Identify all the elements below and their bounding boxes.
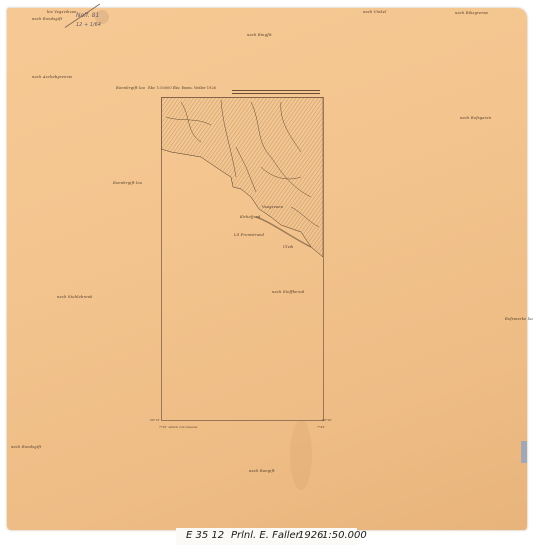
tape-piece — [521, 441, 527, 463]
margin-label: Ronnbrgift loo — [113, 181, 142, 185]
margin-label: nach Aschabgrenvie — [32, 75, 73, 79]
pencil-note: Nolf. 81 — [76, 12, 99, 19]
margin-label: nach Stoffberud — [272, 290, 304, 294]
place-label: Kirkefjord — [240, 215, 260, 219]
surveyor: Prlnl. E. Faller — [231, 530, 300, 541]
margin-label: nach Rondsgift — [32, 17, 62, 21]
margin-label: nach Rangift — [249, 469, 275, 473]
sheet-header: Ekv. 1:50000 Ekv. Exem. Vedler 1926 — [148, 86, 216, 90]
place-label: Ulvik — [283, 245, 294, 249]
margin-label: Ronnbrgift loo — [116, 86, 145, 90]
catalog-label-strip: E 35 12 Prlnl. E. Faller 1926 1:50.000 — [176, 528, 357, 545]
water-stain — [290, 420, 312, 490]
map-scale: 1:50.000 — [322, 530, 367, 541]
frame-caption: 7°45' — [317, 425, 325, 429]
place-label: Vaagsvann — [262, 205, 283, 209]
corner-coordinate: 59°20' — [322, 418, 332, 422]
margin-label: bis Vegsvikvan — [47, 10, 77, 14]
pencil-note-sub: 12 + 1/64 — [76, 22, 101, 28]
margin-label: Rofsmarke loo — [505, 317, 533, 321]
sheet-id: E 35 12 — [186, 530, 224, 541]
margin-label: nach Stuhlebrenk — [57, 295, 93, 299]
survey-year: 1926 — [298, 530, 323, 541]
frame-caption: 7°30' ostlich von Greenw. — [159, 425, 198, 429]
corner-coordinate: 59°15' — [150, 418, 160, 422]
margin-label: nach Vinkel — [363, 10, 387, 14]
margin-label: nach Ringfit — [247, 33, 272, 37]
margin-label: nach Rondsgift — [11, 445, 41, 449]
margin-label: nach Rofsgaren — [460, 116, 491, 120]
margin-label: nach Riksgrense — [455, 11, 488, 15]
scale-bar — [232, 90, 320, 94]
place-label: Lil Fromstrand — [234, 233, 264, 237]
